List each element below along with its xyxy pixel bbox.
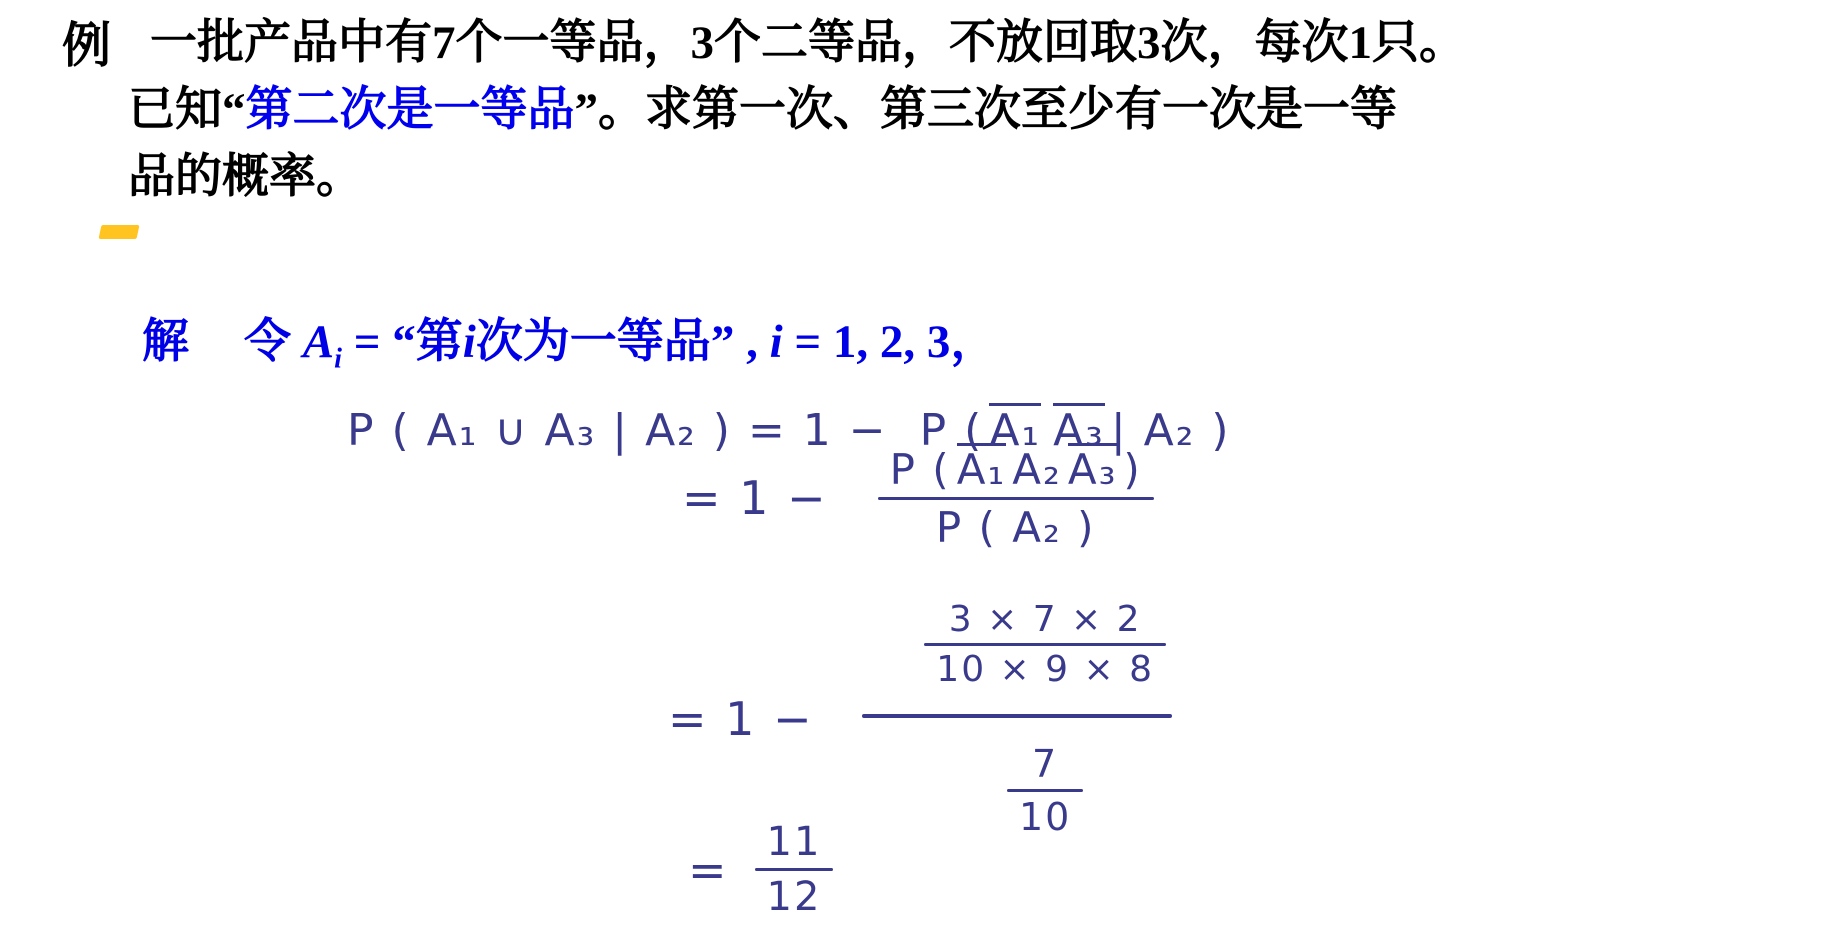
hw4-fraction: 11 12 [755,816,834,923]
problem-statement: 例 一批产品中有7个一等品，3个二等品，不放回取3次，每次1只。 已知“第二次是… [62,10,1792,211]
hw2-num-abar1: A₁ [957,443,1007,492]
hw4-numerator: 11 [755,816,834,868]
hw2-equals: = 1 − [682,471,828,525]
problem-line3: 品的概率。 [128,151,363,203]
hw4-denominator: 12 [755,871,834,923]
hw3-top-fraction: 3 × 7 × 2 10 × 9 × 8 [924,596,1166,693]
handwritten-line-2: = 1 − P (A₁A₂A₃) P ( A₂ ) [682,440,1154,555]
problem-line2-prefix: 已知 [128,84,222,136]
hw2-fraction: P (A₁A₂A₃) P ( A₂ ) [878,440,1154,555]
hw3-bottom-numerator: 7 [1020,739,1070,789]
hw3-bottom-fraction: 7 10 [1007,739,1083,842]
hw2-denominator: P ( A₂ ) [924,500,1108,555]
hw3-outer-denominator: 7 10 [944,718,1089,863]
hw3-outer-numerator: 3 × 7 × 2 10 × 9 × 8 [862,575,1172,714]
problem-line2-suffix: 。求第一次、第三次至少有一次是一等 [598,84,1397,136]
hw2-num-abar3: A₃ [1068,443,1118,492]
hw4-equals: = [688,843,729,897]
slide-canvas: 例 一批产品中有7个一等品，3个二等品，不放回取3次，每次1只。 已知“第二次是… [0,0,1822,948]
hw3-bottom-denominator: 10 [1007,792,1083,842]
problem-line1: 一批产品中有7个一等品，3个二等品，不放回取3次，每次1只。 [150,17,1466,69]
close-quote: ” [575,84,599,136]
hw2-num-close: ) [1123,445,1141,494]
hw3-top-numerator: 3 × 7 × 2 [937,596,1154,643]
accent-dash [99,225,140,239]
handwritten-line-4: = 11 12 [688,816,833,923]
hw3-outer-fraction: 3 × 7 × 2 10 × 9 × 8 7 10 [862,575,1172,863]
problem-highlight: 第二次是一等品 [246,84,575,136]
problem-label: 例 [62,12,111,79]
open-quote: “ [222,84,246,136]
hw2-num-a2: A₂ [1012,445,1062,494]
hw2-numerator: P (A₁A₂A₃) [878,440,1154,497]
hw3-top-denominator: 10 × 9 × 8 [924,646,1166,693]
hw3-equals: = 1 − [668,692,814,746]
solution-label: 解 [142,316,189,368]
problem-text: 一批产品中有7个一等品，3个二等品，不放回取3次，每次1只。 已知“第二次是一等… [128,10,1792,211]
hw2-num-open: P ( [890,445,951,494]
